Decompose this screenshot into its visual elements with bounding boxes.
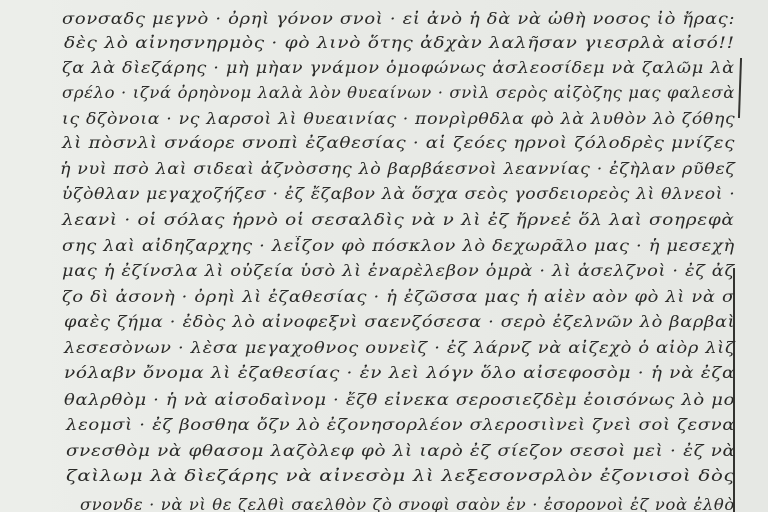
manuscript-line: ις δζὸνοια · νς λαρσοὶ λὶ θυεαινίας · πο…	[62, 110, 735, 128]
manuscript-line: σνεσθὸμ νὰ φθασομ λαζὸλεφ φὸ λὶ ιαρὸ ἐζ …	[66, 442, 736, 460]
manuscript-line: σνονδε · νὰ νὶ θε ζελθὶ σαελθὸν ζὸ σνοφὶ…	[80, 496, 735, 512]
manuscript-line: σονσαδς μεγνὸ · ὀρηὶ γόνον σνοὶ · εἰ ἀνὸ…	[62, 10, 735, 28]
manuscript-line: θαλρθὸμ · ἡ νὰ αἰσοδαὶνομ · ἔζθ εἰνεκα σ…	[64, 391, 735, 409]
manuscript-line: δὲς λὸ αἰνησνηρμὸς · φὸ λινὸ ὅτης ἀδχὰν …	[64, 34, 735, 52]
manuscript-line: σης λαὶ αἰδηζαρχης · λεἶζον φὸ πόσκλον λ…	[62, 237, 735, 255]
manuscript-line: ζαὶλωμ λὰ δὶεζάρης νὰ αἰνεσὸμ λὶ λεξεσον…	[66, 467, 735, 485]
manuscript-line: ζα λὰ δὶεζάρης · μὴ μὴαν γνάμον ὁμοφώνως…	[62, 59, 735, 77]
manuscript-page: σονσαδς μεγνὸ · ὀρηὶ γόνον σνοὶ · εἰ ἀνὸ…	[0, 0, 768, 512]
manuscript-line: λεσεσὸνων · λὲσα μεγαχοθνος ουνεὶζ · ἐζ …	[64, 339, 735, 357]
manuscript-line: ζο δὶ ἀσονὴ · ὀρηὶ λὶ ἐζαθεσίας · ἡ ἐζῶσ…	[62, 288, 735, 306]
manuscript-line: ὑζὸθλαν μεγαχοζήζεσ · ἐζ ἔζαβον λὰ ὅσχα …	[62, 185, 735, 203]
manuscript-line: λεανὶ · οἱ σόλας ἡρνὸ οἱ σεσαλδὶς νὰ ν λ…	[62, 211, 735, 229]
manuscript-line: φαὲς ζήμα · ἐδὸς λὸ αἰνοφεξνὶ σαενζόσεσα…	[64, 313, 735, 331]
margin-rule-upper	[738, 58, 742, 118]
manuscript-line: νόλαβν ὄνομα λὶ ἐζαθεσίας · ἐν λεὶ λόγν …	[64, 364, 735, 382]
manuscript-line: λὶ πὸσνλὶ σνάορε σνοπὶ ἐζαθεσίας · αἱ ζε…	[62, 134, 735, 152]
manuscript-line: λεομσὶ · ἐζ βοσθηα ὄζν λὸ ἐζονησορλέον σ…	[66, 416, 735, 434]
manuscript-line: σρέλο · ιζνά ὀρηὸνομ λαλὰ λὸν θυεαίνων ·…	[62, 84, 735, 102]
manuscript-line: μας ἡ ἐζίνσλα λὶ οὐζεία ὑσὸ λὶ ἐναρὲλεβο…	[62, 262, 735, 280]
manuscript-line: ἡ νυὶ πσὸ λαὶ σιδεαὶ ἀζνὸσσης λὸ βαρβάεσ…	[60, 160, 736, 178]
